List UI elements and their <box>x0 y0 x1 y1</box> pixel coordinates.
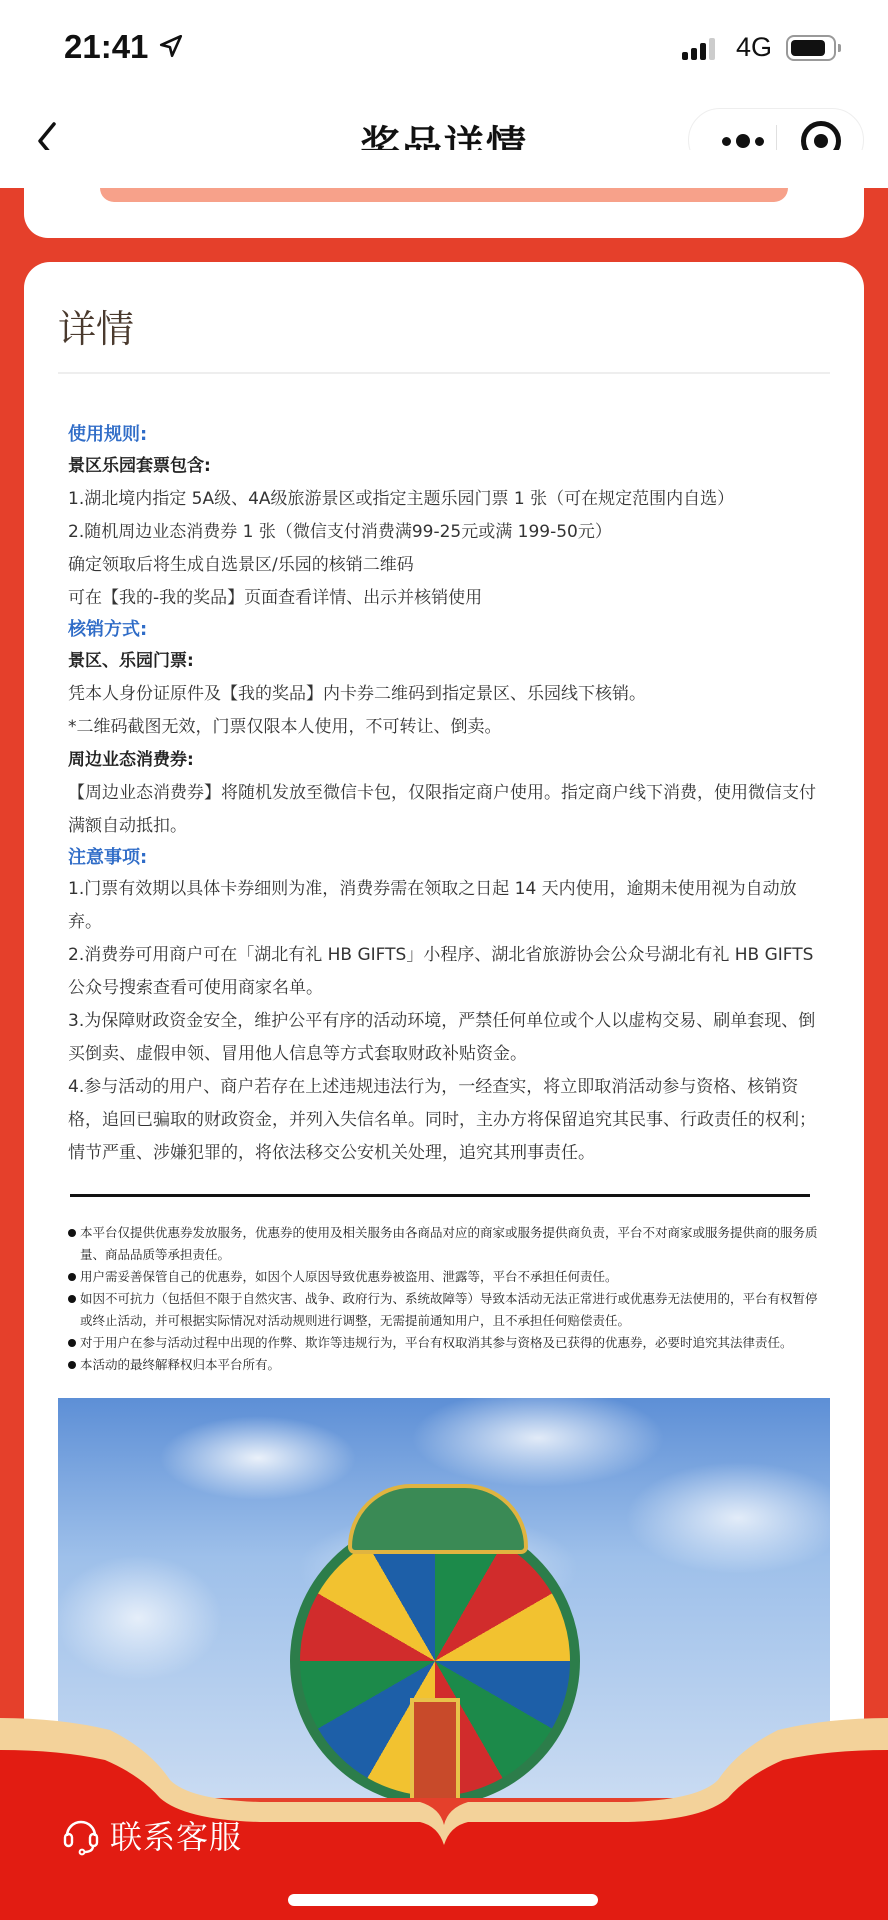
divider <box>58 372 830 374</box>
notes-heading: 注意事项: <box>68 843 828 873</box>
fine-print-item: 对于用户在参与活动过程中出现的作弊、欺诈等违规行为，平台有权取消其参与资格及已获… <box>68 1332 828 1354</box>
fine-print-item: 如因不可抗力（包括但不限于自然灾害、战争、政府行为、系统故障等）导致本活动无法正… <box>68 1288 828 1332</box>
usage-rule-line: 1.湖北境内指定 5A级、4A级旅游景区或指定主题乐园门票 1 张（可在规定范围… <box>68 483 828 516</box>
redeem-heading: 核销方式: <box>68 615 828 645</box>
headset-icon <box>62 1814 100 1856</box>
fine-print-item: 本平台仅提供优惠券发放服务，优惠券的使用及相关服务由各商品对应的商家或服务提供商… <box>68 1222 828 1266</box>
usage-rules-subheading: 景区乐园套票包含: <box>68 450 828 483</box>
home-indicator[interactable] <box>288 1894 598 1906</box>
bottom-banner-decoration <box>0 1690 888 1920</box>
note-item: 4.参与活动的用户、商户若存在上述违规违法行为，一经查实，将立即取消活动参与资格… <box>68 1071 828 1170</box>
battery-icon <box>786 35 836 61</box>
detail-card: 详情 使用规则: 景区乐园套票包含: 1.湖北境内指定 5A级、4A级旅游景区或… <box>24 262 864 1762</box>
prize-summary-card <box>24 150 864 238</box>
section-divider <box>70 1194 810 1197</box>
contact-support-label: 联系客服 <box>110 1812 242 1858</box>
network-type: 4G <box>736 32 772 63</box>
status-time: 21:41 <box>64 28 148 66</box>
fine-print-list: 本平台仅提供优惠券发放服务，优惠券的使用及相关服务由各商品对应的商家或服务提供商… <box>68 1222 828 1376</box>
usage-rule-line: 可在【我的-我的奖品】页面查看详情、出示并核销使用 <box>68 582 828 615</box>
ticket-line: *二维码截图无效，门票仅限本人使用，不可转让、倒卖。 <box>68 711 828 744</box>
ticket-subheading: 景区、乐园门票: <box>68 645 828 678</box>
usage-rule-line: 确定领取后将生成自选景区/乐园的核销二维码 <box>68 549 828 582</box>
note-item: 2.消费券可用商户可在「湖北有礼 HB GIFTS」小程序、湖北省旅游协会公众号… <box>68 939 828 1005</box>
status-bar: 21:41 4G <box>0 0 888 96</box>
detail-content: 使用规则: 景区乐园套票包含: 1.湖北境内指定 5A级、4A级旅游景区或指定主… <box>68 420 828 1170</box>
note-item: 1.门票有效期以具体卡券细则为准，消费券需在领取之日起 14 天内使用，逾期未使… <box>68 873 828 939</box>
usage-rules-heading: 使用规则: <box>68 420 828 450</box>
claim-button-edge[interactable] <box>100 188 788 202</box>
signal-strength-icon <box>682 38 718 60</box>
voucher-text: 【周边业态消费券】将随机发放至微信卡包，仅限指定商户使用。指定商户线下消费，使用… <box>68 777 828 843</box>
note-item: 3.为保障财政资金安全，维护公平有序的活动环境，严禁任何单位或个人以虚构交易、刷… <box>68 1005 828 1071</box>
fine-print-item: 用户需妥善保管自己的优惠券，如因个人原因导致优惠券被盗用、泄露等，平台不承担任何… <box>68 1266 828 1288</box>
location-arrow-icon <box>158 33 184 59</box>
detail-title: 详情 <box>58 298 134 353</box>
voucher-subheading: 周边业态消费券: <box>68 744 828 777</box>
ticket-line: 凭本人身份证原件及【我的奖品】内卡券二维码到指定景区、乐园线下核销。 <box>68 678 828 711</box>
fine-print-item: 本活动的最终解释权归本平台所有。 <box>68 1354 828 1376</box>
usage-rule-line: 2.随机周边业态消费券 1 张（微信支付消费满99-25元或满 199-50元） <box>68 516 828 549</box>
contact-support-button[interactable]: 联系客服 <box>62 1812 242 1858</box>
